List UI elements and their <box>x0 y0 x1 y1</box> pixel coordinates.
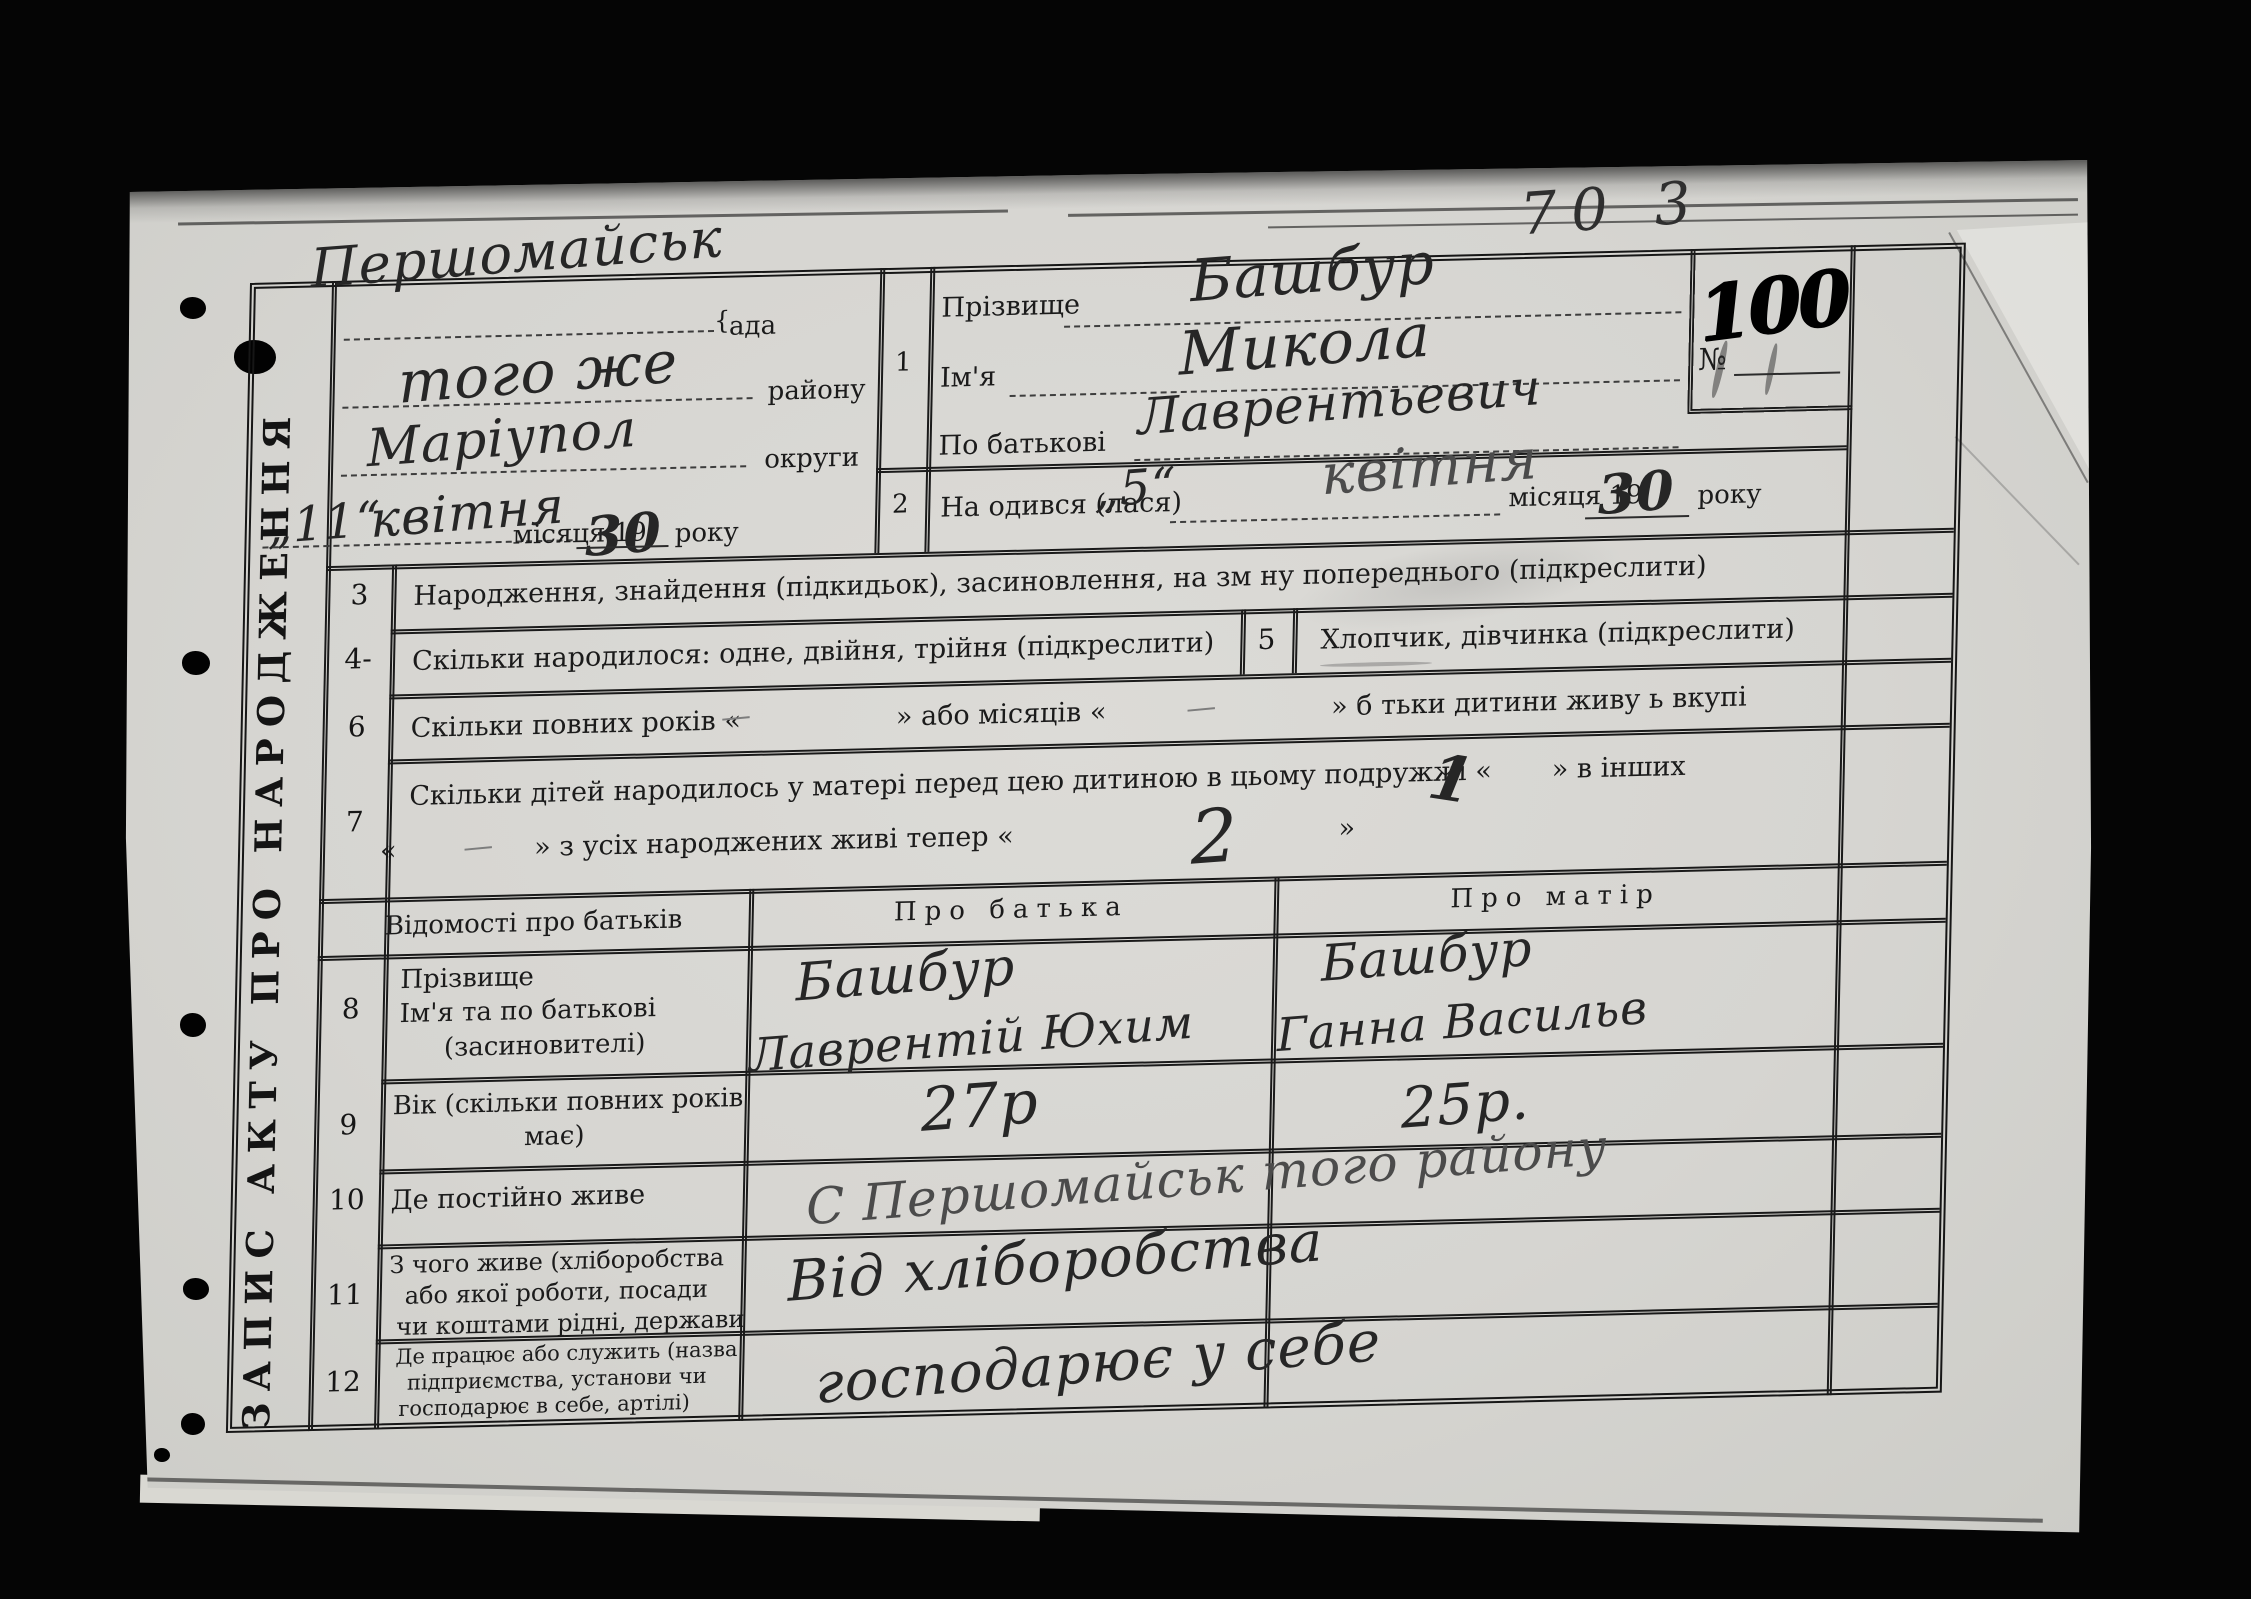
page-top-shadow <box>106 138 2117 224</box>
corner-handwritten-note: 70 3 <box>1518 168 1707 249</box>
punch-hole <box>180 1013 206 1037</box>
birth-day-handwriting: „5“ <box>1093 457 1178 519</box>
reg-year-handwriting: 30 <box>584 499 663 569</box>
row12-number: 12 <box>313 1365 374 1399</box>
rada-label: ада <box>729 311 777 342</box>
alive-count-handwriting: 2 <box>1189 792 1240 881</box>
row7-close-quote: » <box>1338 813 1355 844</box>
rada-brace: { <box>714 306 731 335</box>
row8-number: 8 <box>320 992 381 1026</box>
pencil-dash: — <box>720 698 752 736</box>
row8-label-line3: (засиновителі) <box>444 1028 646 1063</box>
row10-label: Де постійно живе <box>390 1179 645 1216</box>
surname-label: Прізвище <box>941 289 1080 323</box>
punch-hole <box>182 651 210 675</box>
row6-number: 6 <box>326 710 387 744</box>
row3-number: 3 <box>329 578 390 612</box>
row9-label-line2: має) <box>524 1121 585 1152</box>
row4-number: 4- <box>328 642 389 676</box>
name-label: Ім'я <box>940 361 997 393</box>
row6-label-part2: » або місяців « <box>896 697 1107 733</box>
pencil-dash: — <box>1185 689 1217 727</box>
okruha-label: округи <box>764 443 859 475</box>
punch-hole <box>181 1413 205 1435</box>
pencil-dash: — <box>462 828 494 866</box>
row5-number: 5 <box>1242 622 1291 656</box>
row1-number: 1 <box>880 347 927 378</box>
birth-record-form: 70 3 ЗАПИС АКТУ ПРО НАРОДЖЕННЯ <box>118 148 2095 1545</box>
row2-number: 2 <box>877 489 924 520</box>
row8-label-line2: Ім'я та по батькові <box>399 993 656 1029</box>
row10-number: 10 <box>316 1183 377 1217</box>
form-table: ЗАПИС АКТУ ПРО НАРОДЖЕННЯ Першомайськ <box>226 243 1966 1433</box>
punch-hole <box>180 297 206 319</box>
birth-year-label: року <box>1697 479 1762 511</box>
patronymic-label: По батькові <box>938 427 1106 462</box>
scanned-page: 70 3 ЗАПИС АКТУ ПРО НАРОДЖЕННЯ <box>0 0 2251 1599</box>
row7-number: 7 <box>324 805 385 839</box>
punch-hole <box>183 1278 209 1300</box>
corner-fold-crease <box>1955 436 2080 565</box>
row7-label-part2: » в інших <box>1551 751 1686 785</box>
row9-number: 9 <box>318 1108 379 1142</box>
reg-year-label: року <box>674 517 739 549</box>
father-age-handwriting: 27р <box>920 1067 1040 1146</box>
row8-label-line1: Прізвище <box>400 962 534 995</box>
punch-hole <box>154 1448 170 1462</box>
row11-number: 11 <box>314 1278 375 1312</box>
rayon-label: району <box>767 374 865 406</box>
row7-open-quote: « <box>380 835 397 866</box>
